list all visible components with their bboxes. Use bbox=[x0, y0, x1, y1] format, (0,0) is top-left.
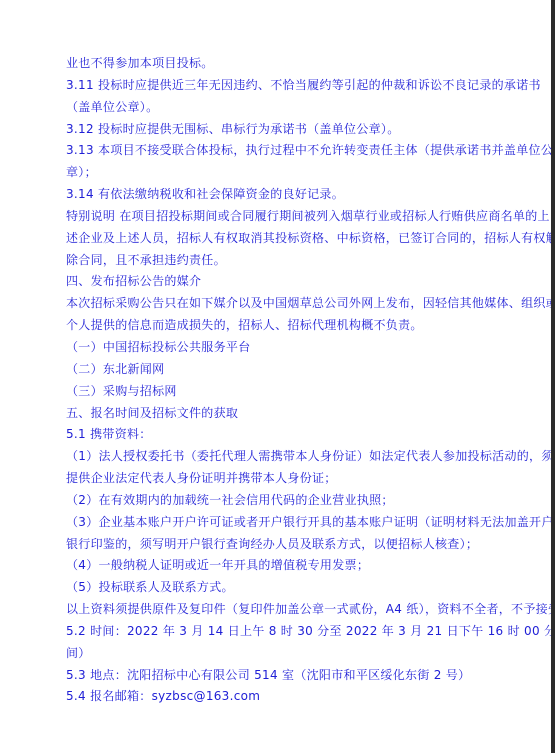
text-line: 间） bbox=[66, 643, 500, 665]
document-page: 业也不得参加本项目投标。 3.11 投标时应提供近三年无因违约、不恰当履约等引起… bbox=[0, 0, 555, 753]
registration-time-line: 5.2 时间：2022 年 3 月 14 日上午 8 时 30 分至 2022 … bbox=[66, 621, 500, 643]
text-line: （2）在有效期内的加载统一社会信用代码的企业营业执照； bbox=[66, 490, 500, 512]
text-line: 章）； bbox=[66, 162, 500, 184]
text-line: 业也不得参加本项目投标。 bbox=[66, 53, 500, 75]
document-text-block: 业也不得参加本项目投标。 3.11 投标时应提供近三年无因违约、不恰当履约等引起… bbox=[66, 53, 500, 708]
registration-email-line: 5.4 报名邮箱：syzbsc@163.com bbox=[66, 686, 500, 708]
media-item-3: （三）采购与招标网 bbox=[66, 381, 500, 403]
text-line: 除合同，且不承担违约责任。 bbox=[66, 250, 500, 272]
text-line: 3.14 有依法缴纳税收和社会保障资金的良好记录。 bbox=[66, 184, 500, 206]
media-item-1: （一）中国招标投标公共服务平台 bbox=[66, 337, 500, 359]
text-line: （盖单位公章）。 bbox=[66, 97, 500, 119]
text-line: 特别说明 在项目招投标期间或合同履行期间被列入烟草行业或招标人行贿供应商名单的上 bbox=[66, 206, 500, 228]
text-line: （4）一般纳税人证明或近一年开具的增值税专用发票； bbox=[66, 555, 500, 577]
text-line: 5.1 携带资料： bbox=[66, 424, 500, 446]
text-line: 本次招标采购公告只在如下媒介以及中国烟草总公司外网上发布，因轻信其他媒体、组织或 bbox=[66, 293, 500, 315]
text-line: （3）企业基本账户开户许可证或者开户银行开具的基本账户证明（证明材料无法加盖开户 bbox=[66, 512, 500, 534]
section-heading-registration: 五、报名时间及招标文件的获取 bbox=[66, 403, 500, 425]
section-heading-media: 四、发布招标公告的媒介 bbox=[66, 271, 500, 293]
text-line: 3.11 投标时应提供近三年无因违约、不恰当履约等引起的仲裁和诉讼不良记录的承诺… bbox=[66, 75, 500, 97]
text-line: 述企业及上述人员，招标人有权取消其投标资格、中标资格，已签订合同的，招标人有权解 bbox=[66, 228, 500, 250]
registration-address-line: 5.3 地点：沈阳招标中心有限公司 514 室（沈阳市和平区绥化东街 2 号） bbox=[66, 665, 500, 687]
window-right-edge bbox=[551, 0, 555, 753]
media-item-2: （二）东北新闻网 bbox=[66, 359, 500, 381]
text-line: （5）投标联系人及联系方式。 bbox=[66, 577, 500, 599]
text-line: 个人提供的信息而造成损失的，招标人、招标代理机构概不负责。 bbox=[66, 315, 500, 337]
text-line: （1）法人授权委托书（委托代理人需携带本人身份证）如法定代表人参加投标活动的，须 bbox=[66, 446, 500, 468]
text-line: 3.12 投标时应提供无围标、串标行为承诺书（盖单位公章）。 bbox=[66, 119, 500, 141]
text-line: 以上资料须提供原件及复印件（复印件加盖公章一式贰份，A4 纸），资料不全者，不予… bbox=[66, 599, 500, 621]
text-line: 银行印鉴的，须写明开户银行查询经办人员及联系方式，以便招标人核查）； bbox=[66, 534, 500, 556]
text-line: 提供企业法定代表人身份证明并携带本人身份证； bbox=[66, 468, 500, 490]
text-line: 3.13 本项目不接受联合体投标，执行过程中不允许转变责任主体（提供承诺书并盖单… bbox=[66, 140, 500, 162]
